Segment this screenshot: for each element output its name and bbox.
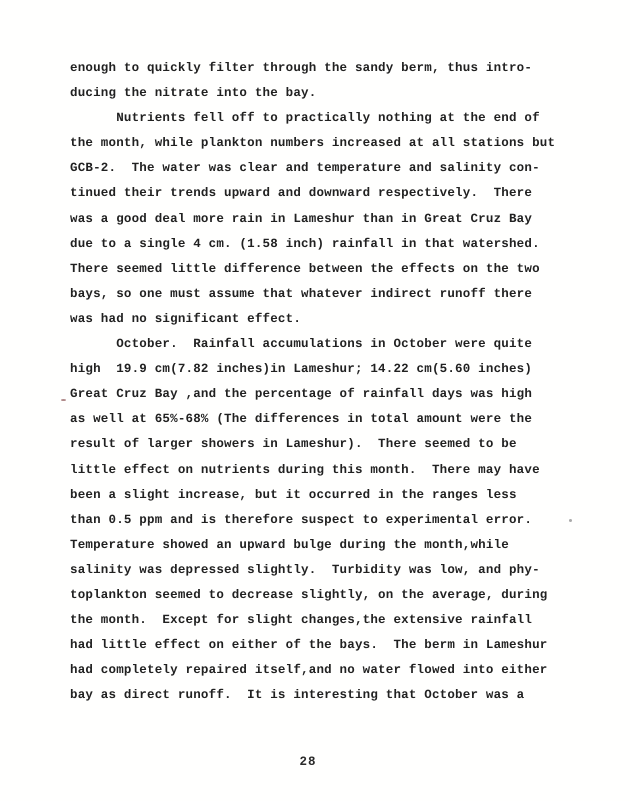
text-line: salinity was depressed slightly. Turbidi… — [70, 558, 570, 583]
text-line: than 0.5 ppm and is therefore suspect to… — [70, 508, 570, 533]
scan-artifact — [368, 621, 370, 623]
text-line: GCB-2. The water was clear and temperatu… — [70, 156, 570, 181]
text-line: Temperature showed an upward bulge durin… — [70, 533, 570, 558]
text-line: Nutrients fell off to practically nothin… — [70, 106, 570, 131]
text-line: bays, so one must assume that whatever i… — [70, 282, 570, 307]
text-line: ducing the nitrate into the bay. — [70, 81, 570, 106]
text-line: due to a single 4 cm. (1.58 inch) rainfa… — [70, 232, 570, 257]
text-line: Great Cruz Bay ,and the percentage of ra… — [70, 382, 570, 407]
text-line: been a slight increase, but it occurred … — [70, 483, 570, 508]
text-line: high 19.9 cm(7.82 inches)in Lameshur; 14… — [70, 357, 570, 382]
page-number: 28 — [0, 755, 623, 769]
text-line: toplankton seemed to decrease slightly, … — [70, 583, 570, 608]
text-line: had completely repaired itself,and no wa… — [70, 658, 570, 683]
text-line: had little effect on either of the bays.… — [70, 633, 570, 658]
text-line: the month. Except for slight changes,the… — [70, 608, 570, 633]
scan-artifact — [61, 399, 66, 401]
text-line: There seemed little difference between t… — [70, 257, 570, 282]
text-line: result of larger showers in Lameshur). T… — [70, 432, 570, 457]
text-line: little effect on nutrients during this m… — [70, 458, 570, 483]
text-line: bay as direct runoff. It is interesting … — [70, 683, 570, 708]
body-text: enough to quickly filter through the san… — [70, 56, 570, 708]
text-line: October. Rainfall accumulations in Octob… — [70, 332, 570, 357]
text-line: tinued their trends upward and downward … — [70, 181, 570, 206]
text-line: was had no significant effect. — [70, 307, 570, 332]
text-line: the month, while plankton numbers increa… — [70, 131, 570, 156]
scan-artifact — [569, 519, 572, 522]
document-page: enough to quickly filter through the san… — [0, 0, 630, 801]
text-line: as well at 65%-68% (The differences in t… — [70, 407, 570, 432]
text-line: enough to quickly filter through the san… — [70, 56, 570, 81]
text-line: was a good deal more rain in Lameshur th… — [70, 207, 570, 232]
